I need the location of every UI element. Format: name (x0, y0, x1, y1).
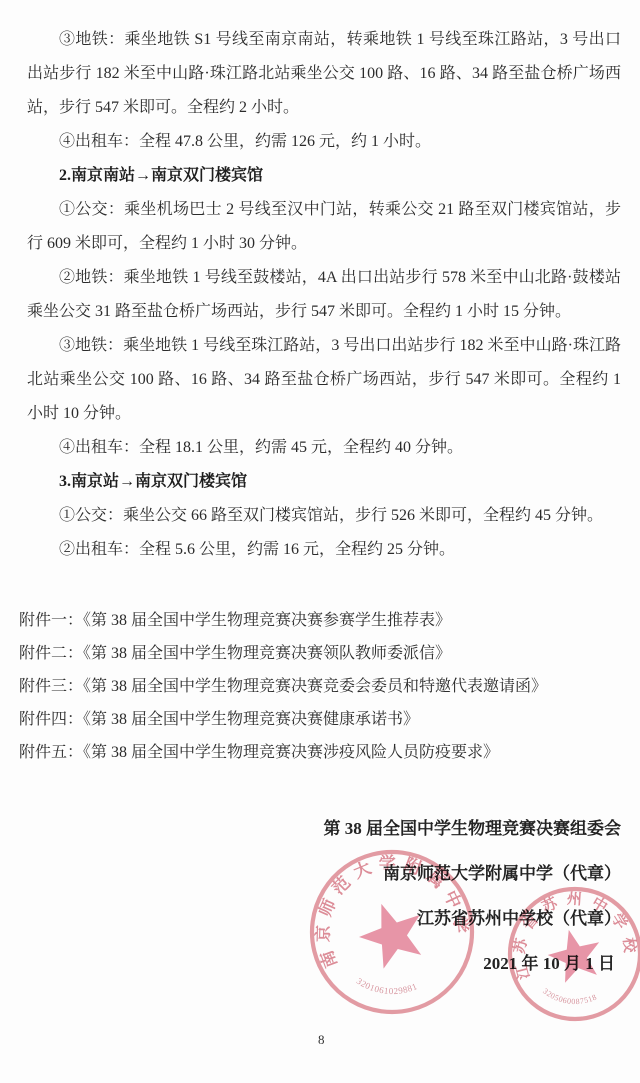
signature-date: 2021 年 10 月 1 日 (27, 941, 621, 986)
attachment-item-4: 附件四：《第 38 届全国中学生物理竞赛决赛健康承诺书》 (19, 703, 621, 736)
section-heading-nanjing-station-to-hotel: 3.南京站→南京双门楼宾馆 (27, 465, 621, 499)
signature-school-1: 南京师范大学附属中学（代章） (27, 851, 621, 896)
attachment-item-5: 附件五：《第 38 届全国中学生物理竞赛决赛涉疫风险人员防疫要求》 (19, 736, 621, 769)
document-content: ③地铁：乘坐地铁 S1 号线至南京南站，转乘地铁 1 号线至珠江路站，3 号出口… (27, 23, 621, 986)
paragraph-metro-route-3: ③地铁：乘坐地铁 1 号线至珠江路站，3 号出口出站步行 182 米至中山路·珠… (27, 329, 621, 431)
page-number: 8 (318, 1032, 325, 1048)
document-page: ③地铁：乘坐地铁 S1 号线至南京南站，转乘地铁 1 号线至珠江路站，3 号出口… (0, 0, 640, 1083)
section-heading-nanjing-south-to-hotel: 2.南京南站→南京双门楼宾馆 (27, 159, 621, 193)
paragraph-metro-route-3-south-station: ③地铁：乘坐地铁 S1 号线至南京南站，转乘地铁 1 号线至珠江路站，3 号出口… (27, 23, 621, 125)
attachment-item-3: 附件三：《第 38 届全国中学生物理竞赛决赛竞委会委员和特邀代表邀请函》 (19, 670, 621, 703)
paragraph-metro-route-2: ②地铁：乘坐地铁 1 号线至鼓楼站，4A 出口出站步行 578 米至中山北路·鼓… (27, 261, 621, 329)
attachment-item-1: 附件一：《第 38 届全国中学生物理竞赛决赛参赛学生推荐表》 (19, 604, 621, 637)
paragraph-bus-route-1: ①公交：乘坐机场巴士 2 号线至汉中门站，转乘公交 21 路至双门楼宾馆站，步行… (27, 193, 621, 261)
signature-school-2: 江苏省苏州中学校（代章） (27, 896, 621, 941)
signature-committee: 第 38 届全国中学生物理竞赛决赛组委会 (27, 806, 621, 851)
paragraph-bus-route-1-station: ①公交：乘坐公交 66 路至双门楼宾馆站，步行 526 米即可，全程约 45 分… (27, 499, 621, 533)
paragraph-taxi-route-4-south-station: ④出租车：全程 47.8 公里，约需 126 元，约 1 小时。 (27, 125, 621, 159)
paragraph-taxi-route-4: ④出租车：全程 18.1 公里，约需 45 元，全程约 40 分钟。 (27, 431, 621, 465)
attachment-item-2: 附件二：《第 38 届全国中学生物理竞赛决赛领队教师委派信》 (19, 637, 621, 670)
attachments-list: 附件一：《第 38 届全国中学生物理竞赛决赛参赛学生推荐表》 附件二：《第 38… (19, 604, 621, 769)
signature-block: 第 38 届全国中学生物理竞赛决赛组委会 南京师范大学附属中学（代章） 江苏省苏… (27, 806, 621, 986)
paragraph-taxi-route-2-station: ②出租车：全程 5.6 公里，约需 16 元，全程约 25 分钟。 (27, 533, 621, 567)
